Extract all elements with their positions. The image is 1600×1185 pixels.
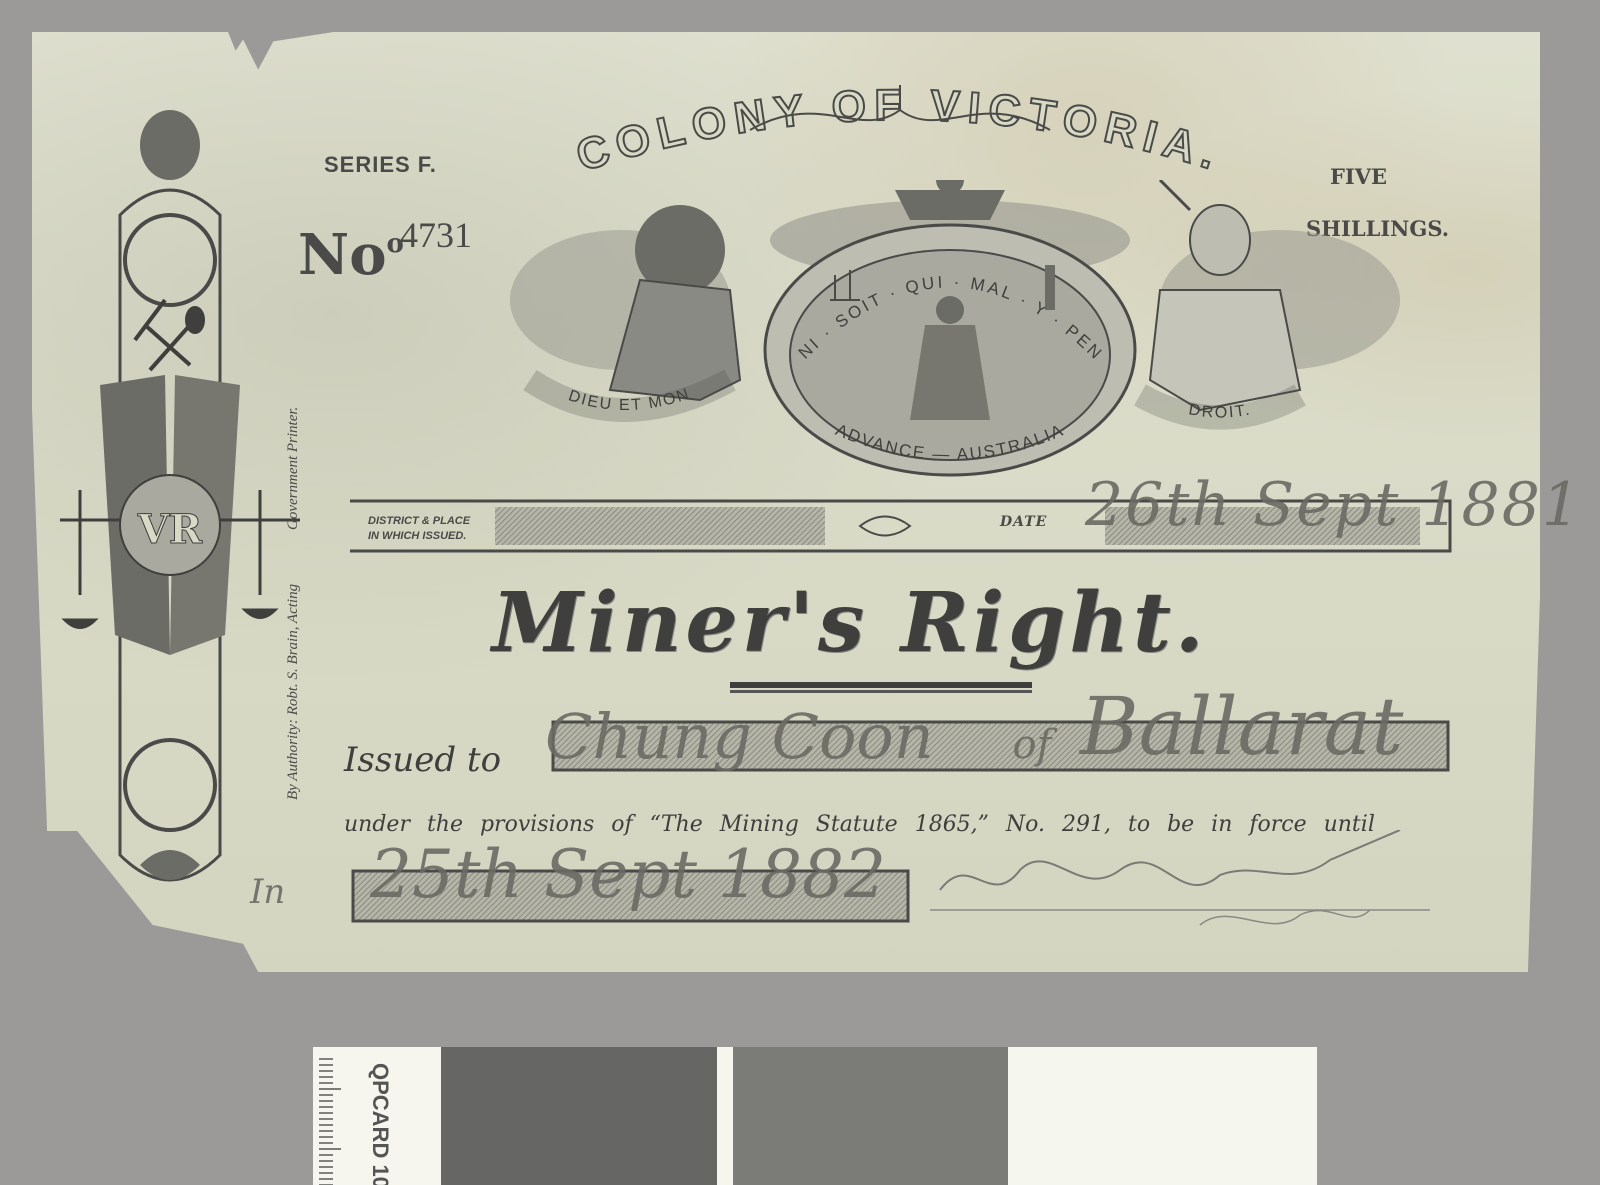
- signature: [930, 830, 1450, 940]
- gray-patch-dark: [441, 1047, 717, 1185]
- series-label: SERIES F.: [324, 152, 437, 178]
- date-label: DATE: [1000, 514, 1047, 530]
- gray-patch-mid: [733, 1047, 1008, 1185]
- expiry-prefix-handwritten: In: [250, 872, 285, 912]
- printer-authority: By Authority: Robt. S. Brain, Acting Gov…: [270, 330, 330, 800]
- district-label: DISTRICT & PLACE IN WHICH ISSUED.: [368, 514, 470, 544]
- card-brand: QPCARD 10: [355, 1063, 435, 1183]
- coat-of-arms: HONI · SOIT · QUI · MAL · Y · PENSE ADVA…: [500, 180, 1400, 480]
- place-handwritten: Ballarat: [1080, 680, 1403, 773]
- left-ornament: VR: [60, 95, 300, 915]
- unicorn-icon: [1150, 180, 1300, 410]
- pick-and-shovel-icon: [135, 300, 203, 370]
- expiry-date-handwritten: 25th Sept 1882: [370, 836, 886, 913]
- color-reference-card: QPCARD 10: [313, 1047, 1317, 1185]
- white-patch: [1010, 1047, 1317, 1185]
- serial-number: 4731: [400, 214, 472, 256]
- issue-date-handwritten: 26th Sept 1881: [1085, 470, 1582, 540]
- document-title: Miner's Right.: [492, 575, 1207, 671]
- crown-icon: [895, 180, 1005, 220]
- svg-text:VR: VR: [137, 506, 203, 553]
- title-rule: [730, 682, 1032, 690]
- number-prefix: Noo: [298, 222, 404, 288]
- small-crest-icon: [140, 110, 200, 180]
- issued-to-label: Issued to: [344, 740, 501, 780]
- holder-name-handwritten: Chung Coon of: [545, 700, 1051, 773]
